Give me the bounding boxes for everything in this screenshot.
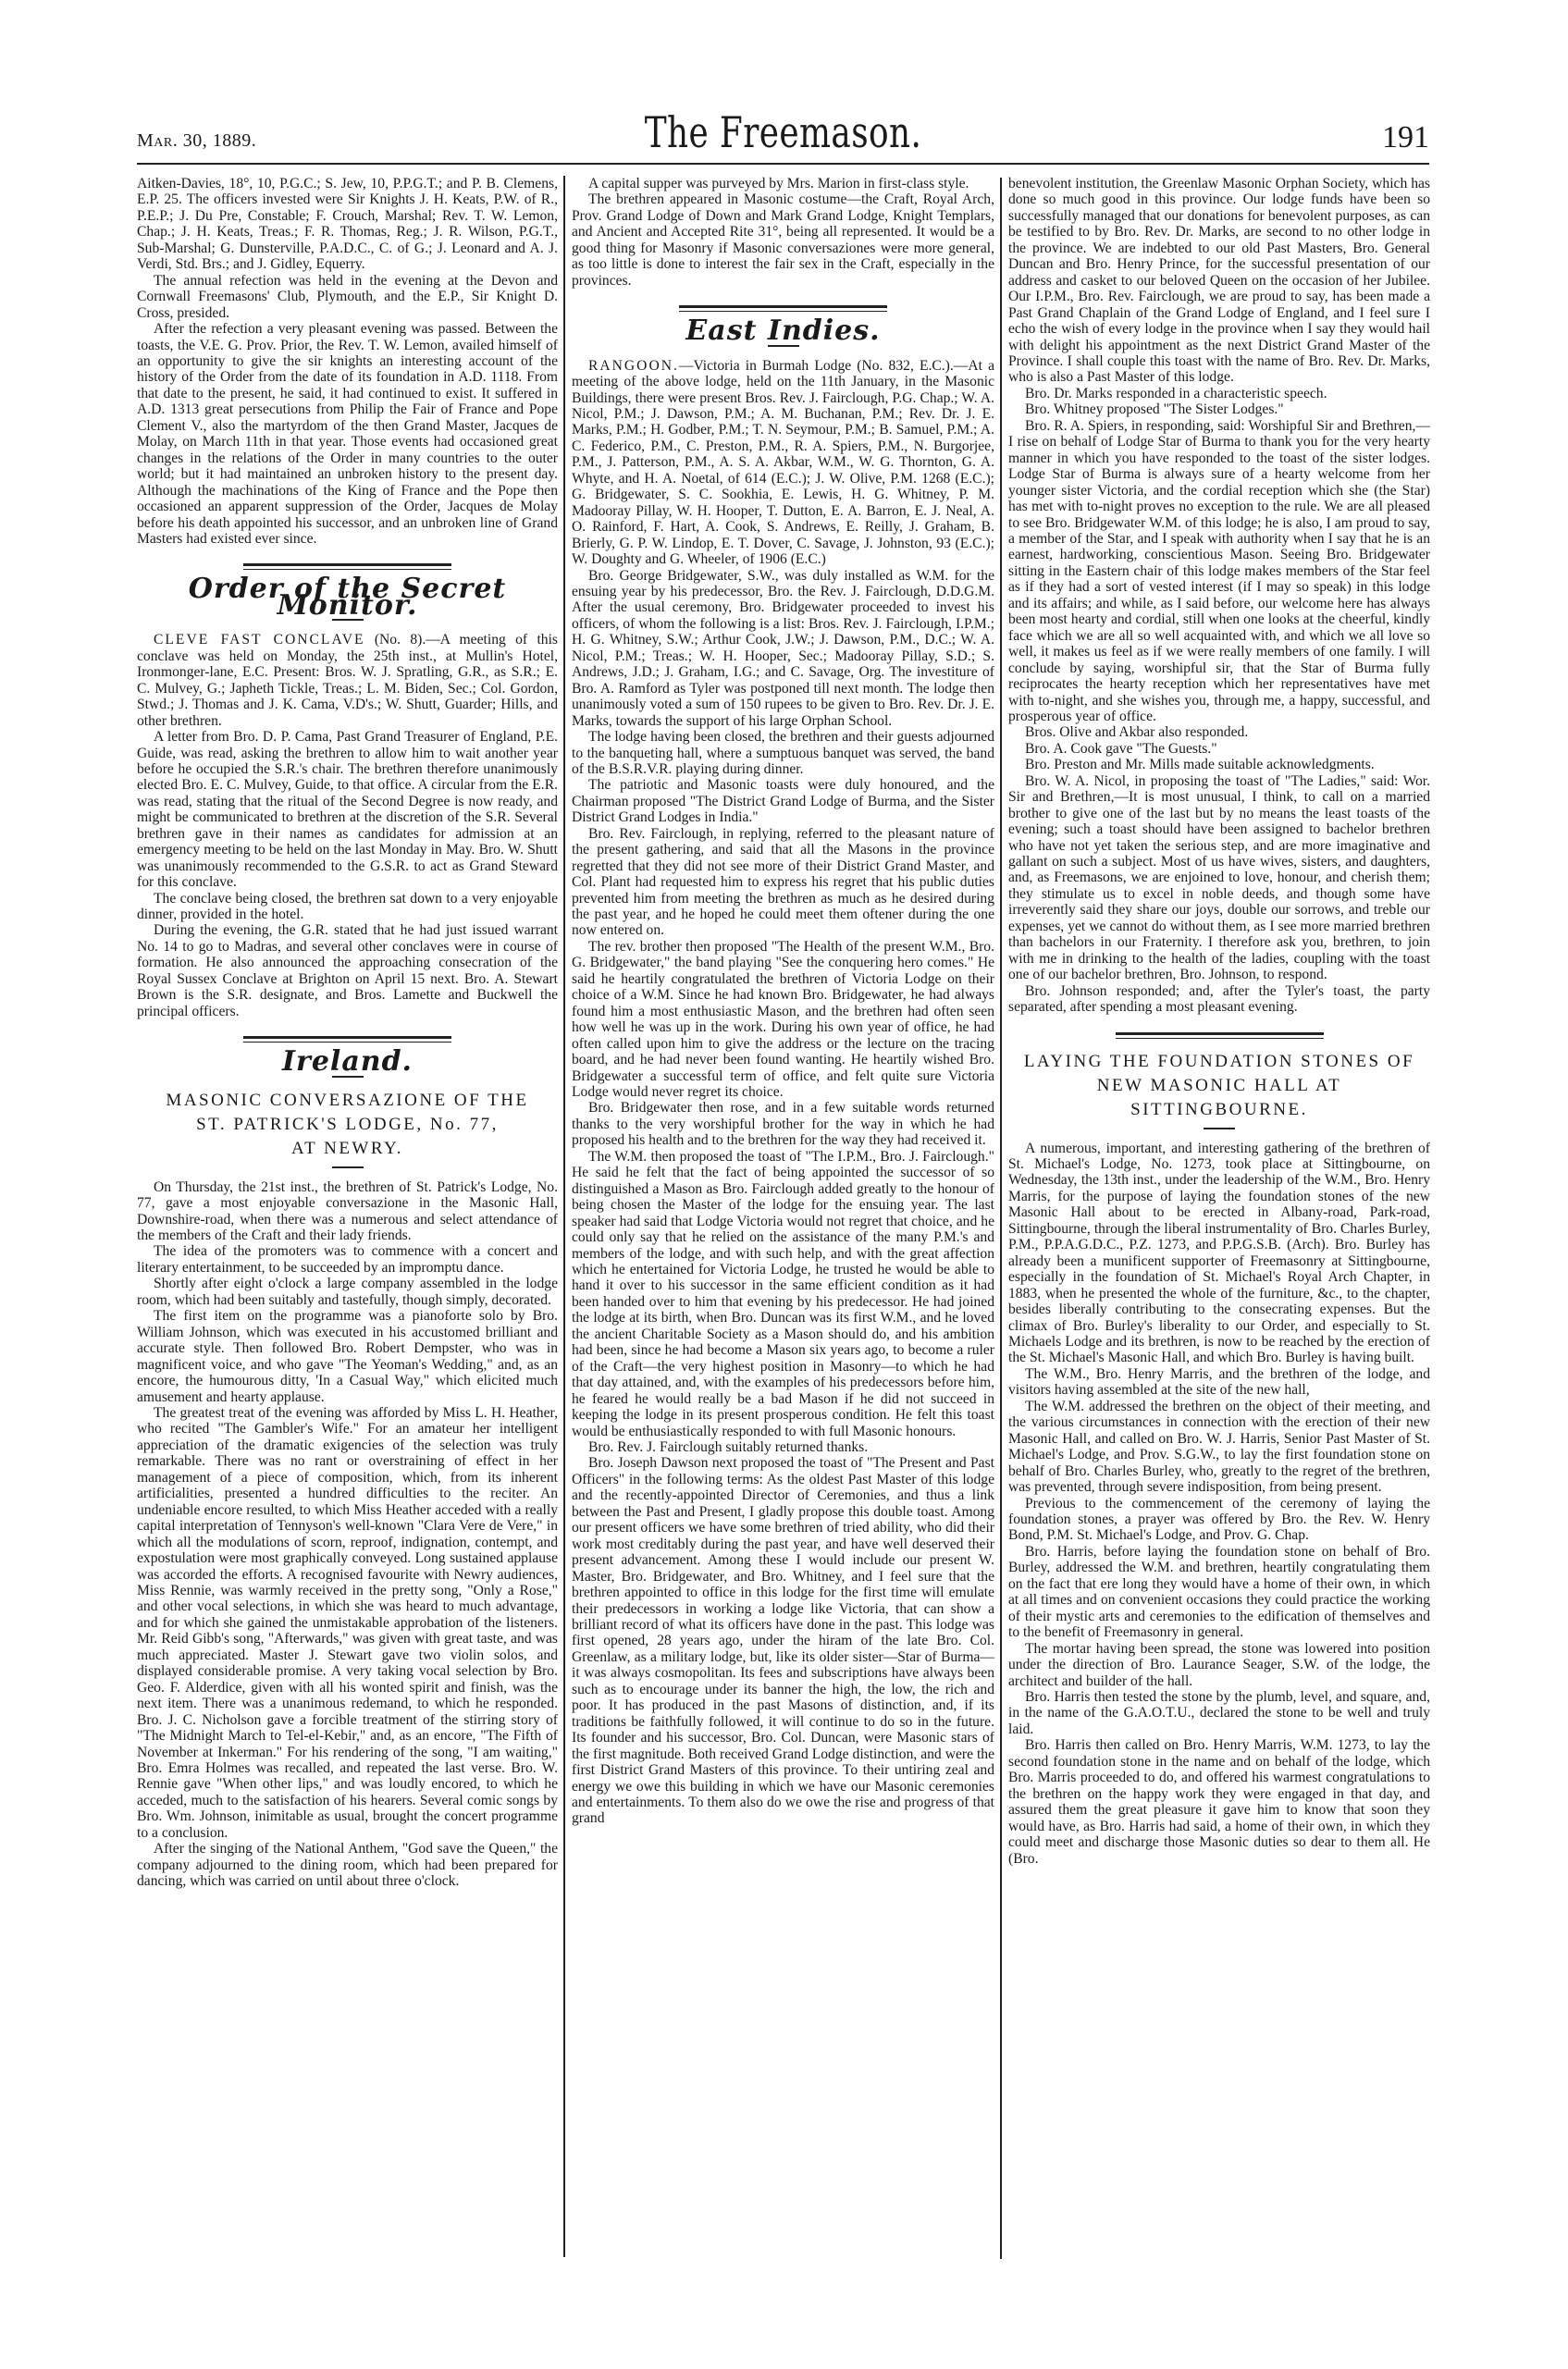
article-text: —Victoria in Burmah Lodge (No. 832, E.C.…: [572, 358, 994, 567]
masthead-rule: [137, 163, 1429, 165]
article-text: The idea of the promoters was to commenc…: [137, 1243, 558, 1276]
article-text: Bro. Harris, before laying the foundatio…: [1008, 1544, 1430, 1641]
article-text: Shortly after eight o'clock a large comp…: [137, 1276, 558, 1308]
article-text: Bro. Bridgewater then rose, and in a few…: [572, 1100, 994, 1148]
article-lead-paragraph: CLEVE FAST CONCLAVE (No. 8).—A meeting o…: [137, 632, 558, 729]
article-text: During the evening, the G.R. stated that…: [137, 922, 558, 1019]
article-text: Bros. Olive and Akbar also responded.: [1008, 724, 1430, 740]
headline-line: SITTINGBOURNE.: [1008, 1098, 1430, 1122]
headline-line: AT NEWRY.: [137, 1137, 558, 1161]
article-text: A capital supper was purveyed by Mrs. Ma…: [572, 176, 994, 191]
article-text: Bro. A. Cook gave "The Guests.": [1008, 741, 1430, 757]
section-divider: [243, 563, 451, 570]
headline-line: ST. PATRICK'S LODGE, No. 77,: [137, 1113, 558, 1137]
article-text: The conclave being closed, the brethren …: [137, 891, 558, 923]
article-text: Previous to the commencement of the cere…: [1008, 1496, 1430, 1544]
section-divider: [243, 1036, 451, 1043]
article-text: Bro. Dr. Marks responded in a characteri…: [1008, 386, 1430, 401]
article-text: The greatest treat of the evening was af…: [137, 1405, 558, 1841]
section-heading-secret-monitor: Order of the Secret Monitor.: [137, 581, 558, 613]
article-text: The rev. brother then proposed "The Heal…: [572, 939, 994, 1101]
article-text: Bro. W. A. Nicol, in proposing the toast…: [1008, 773, 1430, 983]
article-text: The annual refection was held in the eve…: [137, 273, 558, 321]
section-heading-east-indies: East Indies.: [572, 323, 994, 339]
article-text: Bro. George Bridgewater, S.W., was duly …: [572, 568, 994, 730]
article-text: The mortar having been spread, the stone…: [1008, 1641, 1430, 1689]
article-text: Aitken-Davies, 18°, 10, P.G.C.; S. Jew, …: [137, 176, 558, 273]
article-text: Bro. R. A. Spiers, in responding, said: …: [1008, 418, 1430, 725]
article-text: Bro. Joseph Dawson next proposed the toa…: [572, 1455, 994, 1826]
article-text: Bro. Whitney proposed "The Sister Lodges…: [1008, 401, 1430, 417]
short-divider: [332, 1166, 364, 1168]
article-headline: MASONIC CONVERSAZIONE OF THE ST. PATRICK…: [137, 1089, 558, 1161]
page-number: 191: [1382, 120, 1429, 155]
article-text: The first item on the programme was a pi…: [137, 1308, 558, 1405]
article-headline: LAYING THE FOUNDATION STONES OF NEW MASO…: [1008, 1050, 1430, 1122]
article-text: Bro. Rev. J. Fairclough suitably returne…: [572, 1439, 994, 1455]
article-text: The lodge having been closed, the brethr…: [572, 729, 994, 777]
article-text: benevolent institution, the Greenlaw Mas…: [1008, 176, 1430, 386]
article-text: The patriotic and Masonic toasts were du…: [572, 777, 994, 825]
headline-line: MASONIC CONVERSAZIONE OF THE: [137, 1089, 558, 1113]
headline-line: NEW MASONIC HALL AT: [1008, 1074, 1430, 1098]
column-divider-2: [1000, 178, 1002, 2259]
column-divider-1: [563, 176, 565, 2257]
section-divider: [1116, 1032, 1324, 1039]
article-text: On Thursday, the 21st inst., the brethre…: [137, 1179, 558, 1244]
article-text: Bro. Preston and Mr. Mills made suitable…: [1008, 757, 1430, 772]
article-text: The W.M. then proposed the toast of "The…: [572, 1149, 994, 1439]
article-text: After the singing of the National Anthem…: [137, 1841, 558, 1889]
article-text: Bro. Harris then tested the stone by the…: [1008, 1689, 1430, 1737]
article-lead-paragraph: RANGOON.—Victoria in Burmah Lodge (No. 8…: [572, 358, 994, 568]
article-text: The brethren appeared in Masonic costume…: [572, 191, 994, 289]
article-text: After the refection a very pleasant even…: [137, 321, 558, 547]
headline-line: LAYING THE FOUNDATION STONES OF: [1008, 1050, 1430, 1074]
article-text: Bro. Harris then called on Bro. Henry Ma…: [1008, 1737, 1430, 1867]
article-text: Bro. Rev. Fairclough, in replying, refer…: [572, 826, 994, 939]
newspaper-title: The Freemason.: [279, 107, 1288, 157]
middle-column: A capital supper was purveyed by Mrs. Ma…: [572, 176, 994, 1827]
article-text: A letter from Bro. D. P. Cama, Past Gran…: [137, 729, 558, 891]
section-divider: [679, 305, 887, 312]
article-lead: RANGOON.: [588, 358, 679, 374]
issue-date: Mar. 30, 1889.: [137, 130, 256, 152]
left-column: Aitken-Davies, 18°, 10, P.G.C.; S. Jew, …: [137, 176, 558, 1890]
article-text: Bro. Johnson responded; and, after the T…: [1008, 983, 1430, 1016]
article-text: The W.M. addressed the brethren on the o…: [1008, 1399, 1430, 1496]
article-text: The W.M., Bro. Henry Marris, and the bre…: [1008, 1366, 1430, 1399]
article-text: A numerous, important, and interesting g…: [1008, 1141, 1430, 1366]
right-column: benevolent institution, the Greenlaw Mas…: [1008, 176, 1430, 1867]
short-divider: [1204, 1128, 1235, 1129]
section-heading-ireland: Ireland.: [137, 1054, 558, 1069]
article-lead: CLEVE FAST CONCLAVE: [154, 632, 365, 648]
masthead: Mar. 30, 1889. The Freemason. 191: [137, 104, 1429, 159]
